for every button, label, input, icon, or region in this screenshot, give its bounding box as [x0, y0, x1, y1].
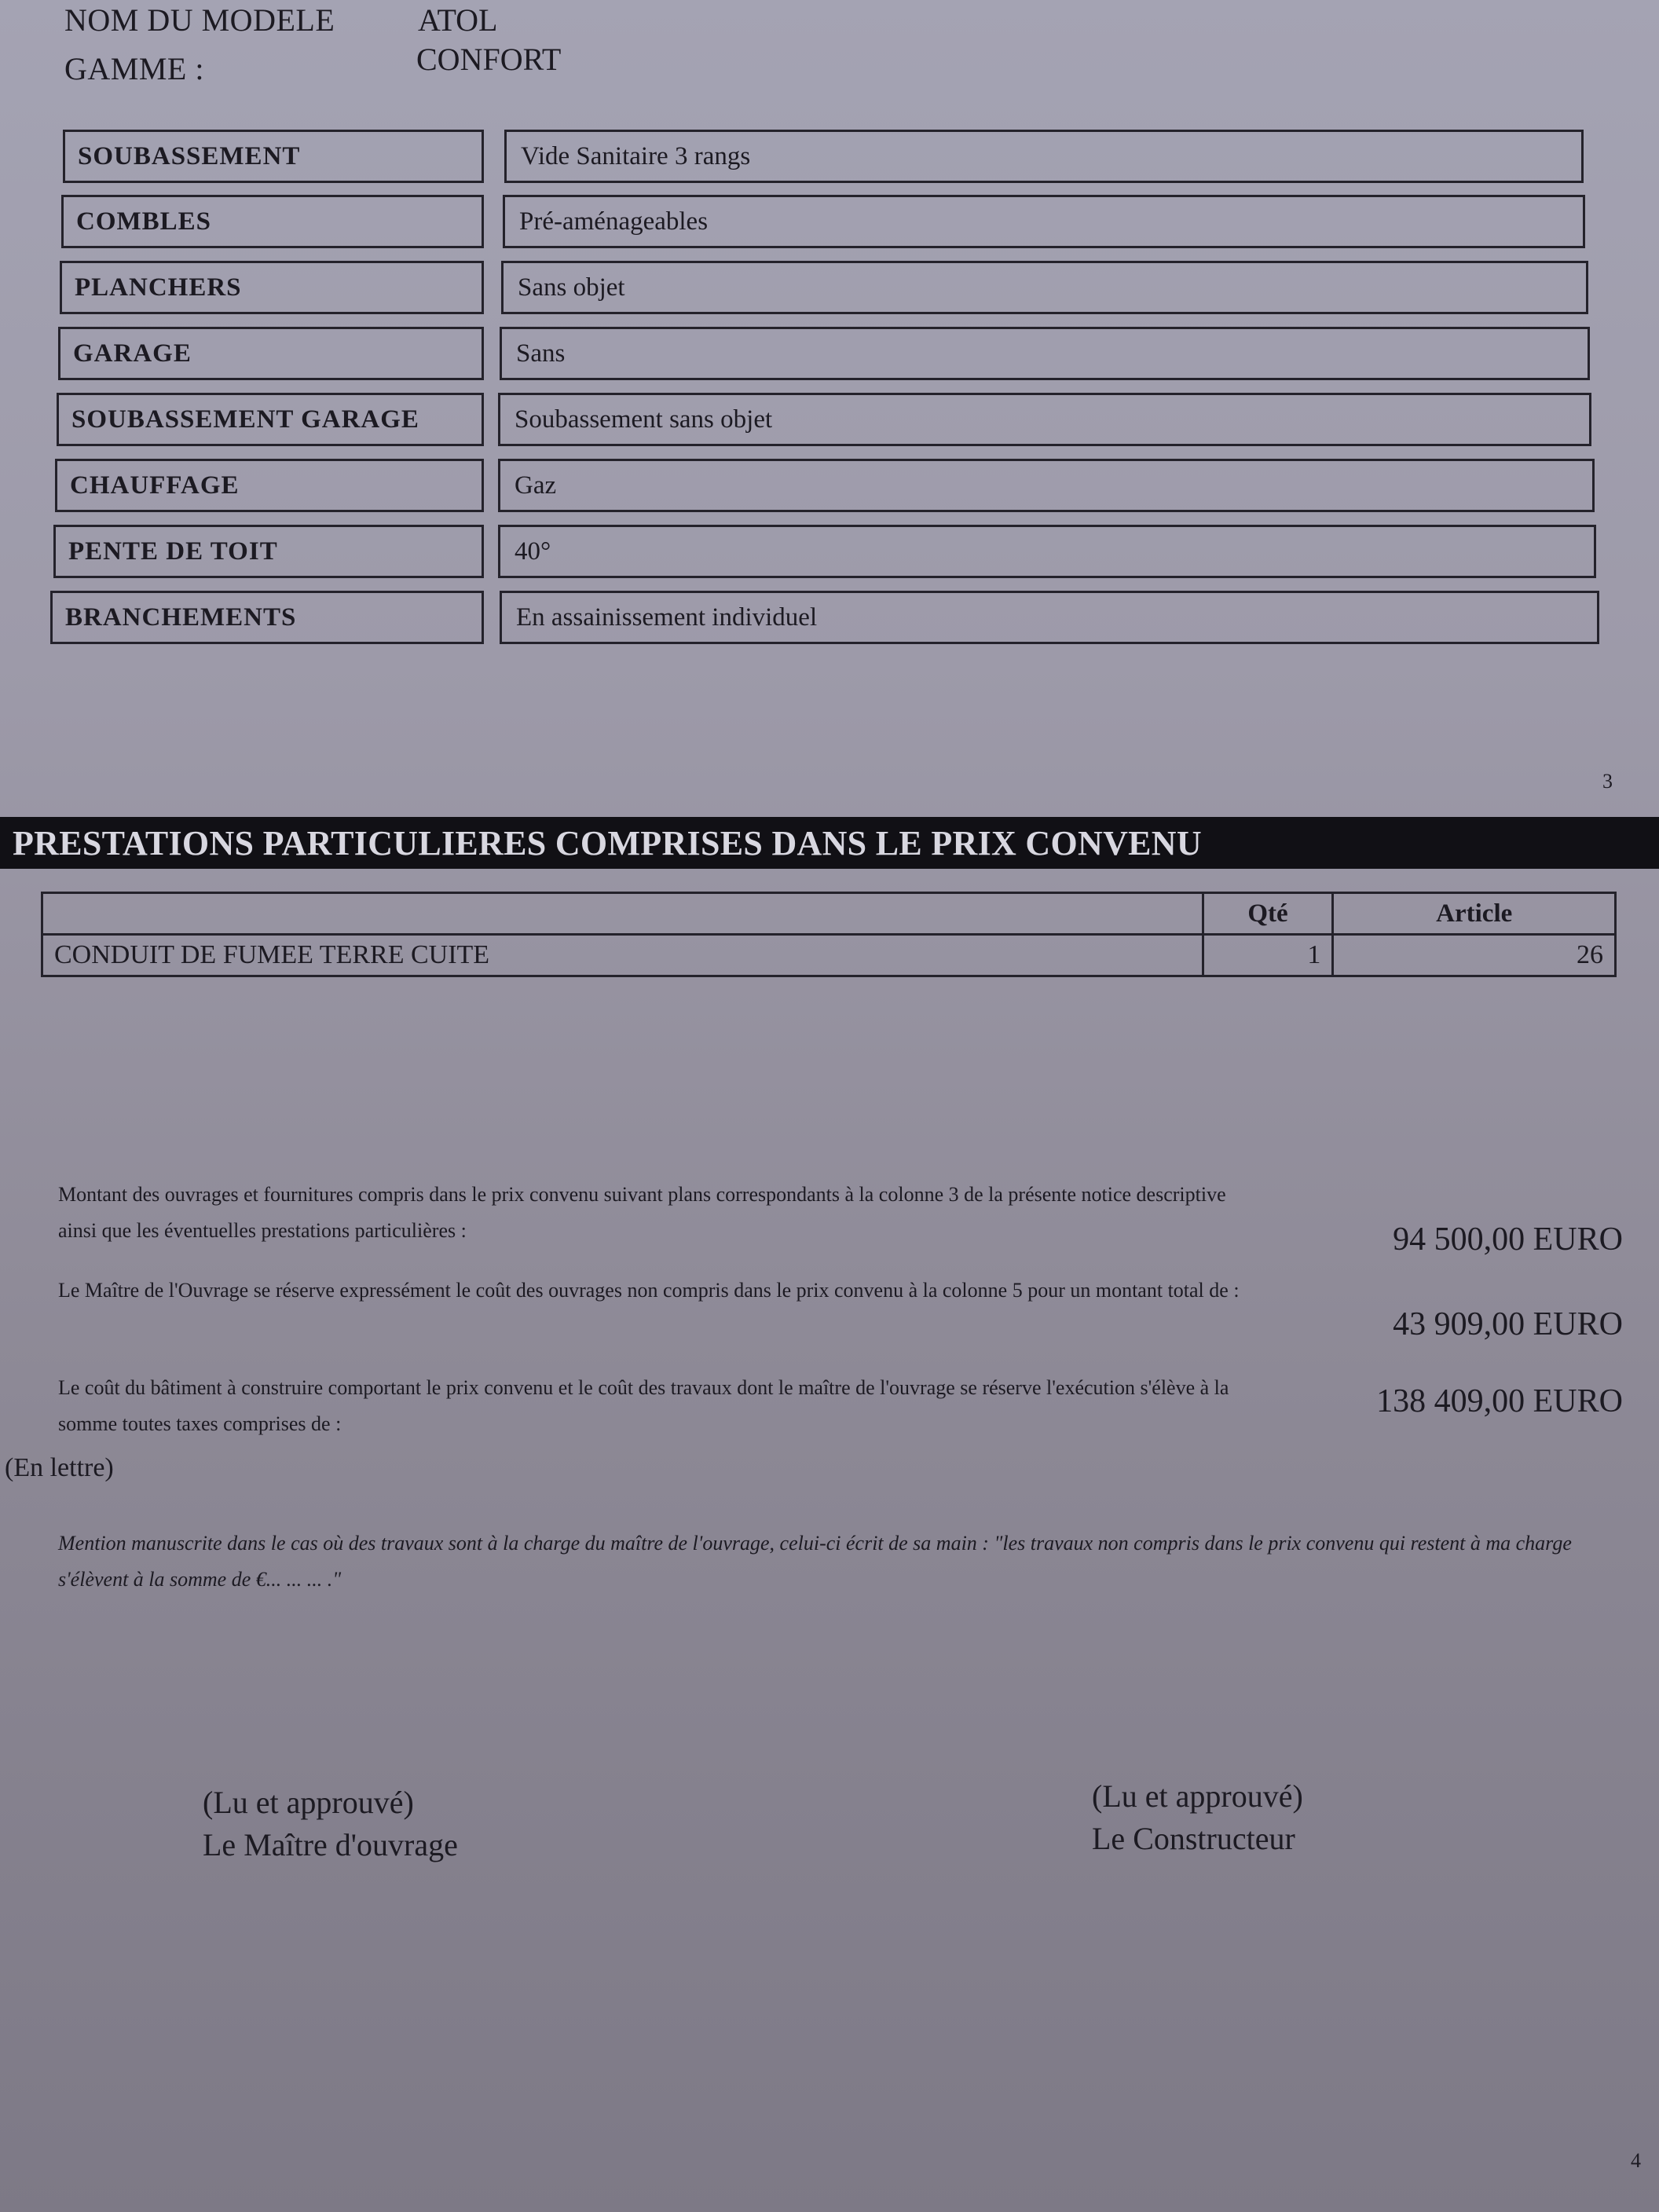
amount-excluded-text: Le Maître de l'Ouvrage se réserve expres…: [58, 1273, 1252, 1309]
owner-role-label: Le Maître d'ouvrage: [203, 1824, 458, 1866]
table-header-row: Qté Article: [42, 893, 1616, 935]
spec-key: PENTE DE TOIT: [53, 525, 484, 578]
spec-row: COMBLESPré-aménageables: [0, 195, 1659, 251]
spec-value: Soubassement sans objet: [498, 393, 1591, 446]
spec-value: 40°: [498, 525, 1596, 578]
page-number-top: 3: [1602, 770, 1613, 793]
owner-approved-label: (Lu et approuvé): [203, 1782, 458, 1824]
spec-row: SOUBASSEMENT GARAGESoubassement sans obj…: [0, 393, 1659, 449]
spec-row: SOUBASSEMENTVide Sanitaire 3 rangs: [0, 130, 1659, 186]
spec-value: Vide Sanitaire 3 rangs: [504, 130, 1584, 183]
spec-value: Pré-aménageables: [503, 195, 1585, 248]
model-name-label: NOM DU MODELE: [64, 2, 335, 38]
spec-key: SOUBASSEMENT: [63, 130, 484, 183]
page-number-bottom: 4: [1631, 2149, 1641, 2173]
signature-builder: (Lu et approuvé) Le Constructeur: [1092, 1775, 1303, 1860]
spec-row: PENTE DE TOIT40°: [0, 525, 1659, 581]
spec-value: Sans objet: [501, 261, 1588, 314]
prestations-table: Qté Article CONDUIT DE FUMEE TERRE CUITE…: [41, 892, 1617, 977]
builder-role-label: Le Constructeur: [1092, 1818, 1303, 1860]
section-title-bar: PRESTATIONS PARTICULIERES COMPRISES DANS…: [0, 817, 1659, 869]
amount-total-text: Le coût du bâtiment à construire comport…: [58, 1370, 1252, 1442]
designation-cell: CONDUIT DE FUMEE TERRE CUITE: [42, 935, 1203, 976]
amount-excluded-value: 43 909,00 EURO: [1230, 1306, 1623, 1343]
spec-key: CHAUFFAGE: [55, 459, 484, 512]
spec-key: GARAGE: [58, 327, 484, 380]
model-name-value: ATOL: [418, 2, 497, 38]
amount-included-text: Montant des ouvrages et fournitures comp…: [58, 1177, 1252, 1249]
spec-row: PLANCHERSSans objet: [0, 261, 1659, 317]
spec-key: SOUBASSEMENT GARAGE: [57, 393, 484, 446]
spec-row: CHAUFFAGEGaz: [0, 459, 1659, 515]
table-row: CONDUIT DE FUMEE TERRE CUITE 1 26: [42, 935, 1616, 976]
spec-value: Sans: [500, 327, 1590, 380]
qty-cell: 1: [1203, 935, 1333, 976]
column-designation: [42, 893, 1203, 935]
in-words-label: (En lettre): [5, 1453, 114, 1483]
spec-value: Gaz: [498, 459, 1595, 512]
signature-owner: (Lu et approuvé) Le Maître d'ouvrage: [203, 1782, 458, 1866]
amount-included-value: 94 500,00 EURO: [1230, 1221, 1623, 1258]
column-qty: Qté: [1203, 893, 1333, 935]
spec-value: En assainissement individuel: [500, 591, 1599, 644]
range-label: GAMME :: [64, 50, 204, 87]
column-article: Article: [1333, 893, 1616, 935]
article-cell: 26: [1333, 935, 1616, 976]
spec-key: PLANCHERS: [60, 261, 484, 314]
spec-key: COMBLES: [61, 195, 484, 248]
amount-total-value: 138 409,00 EURO: [1230, 1382, 1623, 1420]
handwritten-note: Mention manuscrite dans le cas où des tr…: [58, 1525, 1629, 1598]
builder-approved-label: (Lu et approuvé): [1092, 1775, 1303, 1818]
range-value: CONFORT: [416, 41, 561, 78]
spec-key: BRANCHEMENTS: [50, 591, 484, 644]
spec-row: BRANCHEMENTSEn assainissement individuel: [0, 591, 1659, 647]
spec-row: GARAGESans: [0, 327, 1659, 383]
